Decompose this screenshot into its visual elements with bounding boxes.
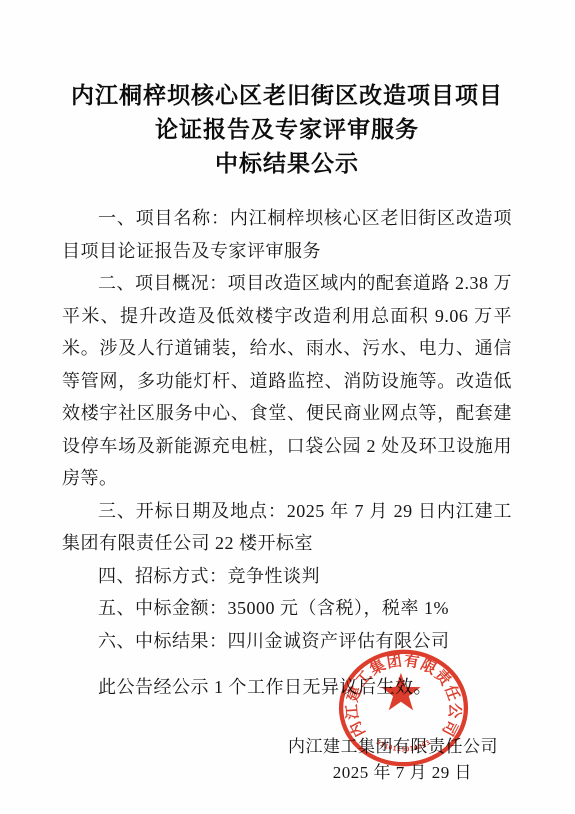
title-line-2: 论证报告及专家评审服务 [62, 112, 512, 146]
body-paragraph-project-name: 一、项目名称：内江桐梓坝核心区老旧街区改造项目项目论证报告及专家评审服务 [62, 202, 512, 267]
body-paragraph-project-overview: 二、项目概况：项目改造区域内的配套道路 2.38 万平米、提升改造及低效楼宇改造… [62, 267, 512, 495]
document-page: 内江桐梓坝核心区老旧街区改造项目项目 论证报告及专家评审服务 中标结果公示 一、… [0, 0, 575, 814]
title-line-1: 内江桐梓坝核心区老旧街区改造项目项目 [62, 78, 512, 112]
title-line-3: 中标结果公示 [62, 146, 512, 180]
document-content: 内江桐梓坝核心区老旧街区改造项目项目 论证报告及专家评审服务 中标结果公示 一、… [62, 78, 512, 786]
signature-company: 内江建工集团有限责任公司 [62, 734, 512, 760]
body-paragraph-bid-amount: 五、中标金额：35000 元（含税），税率 1% [62, 592, 512, 625]
body-paragraph-tender-method: 四、招标方式：竞争性谈判 [62, 560, 512, 593]
signature-date: 2025 年 7 月 29 日 [62, 760, 512, 786]
body-paragraph-bid-result: 六、中标结果：四川金诚资产评估有限公司 [62, 625, 512, 658]
signature-block: 内江建工集团有限责任公司 2025 年 7 月 29 日 [62, 734, 512, 786]
effective-notice: 此公告经公示 1 个工作日无异议后生效。 [62, 671, 512, 704]
document-body: 一、项目名称：内江桐梓坝核心区老旧街区改造项目项目论证报告及专家评审服务 二、项… [62, 202, 512, 704]
document-title: 内江桐梓坝核心区老旧街区改造项目项目 论证报告及专家评审服务 中标结果公示 [62, 78, 512, 180]
body-paragraph-bid-opening: 三、开标日期及地点：2025 年 7 月 29 日内江建工集团有限责任公司 22… [62, 495, 512, 560]
